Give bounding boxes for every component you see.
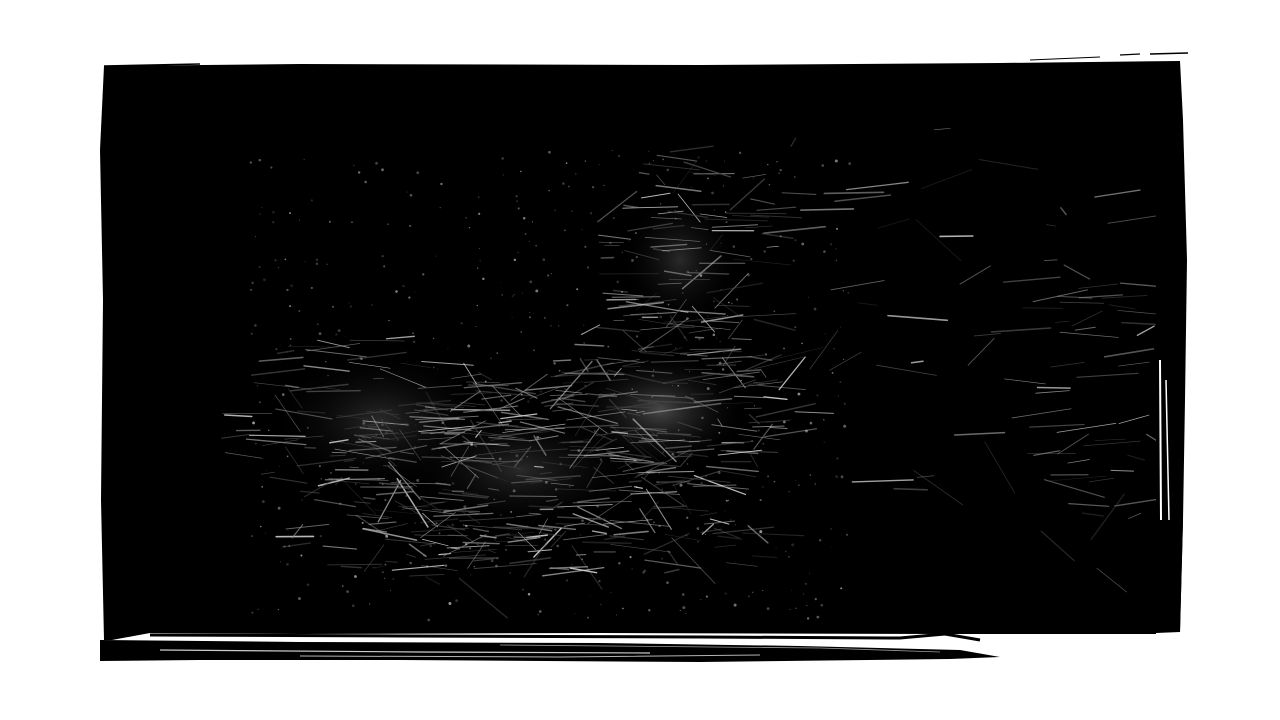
grunge-black-panel <box>100 61 1187 640</box>
grunge-frame-scene <box>0 0 1280 720</box>
grunge-frame-artwork <box>0 0 1280 720</box>
bottom-brush-stroke <box>100 634 1000 662</box>
